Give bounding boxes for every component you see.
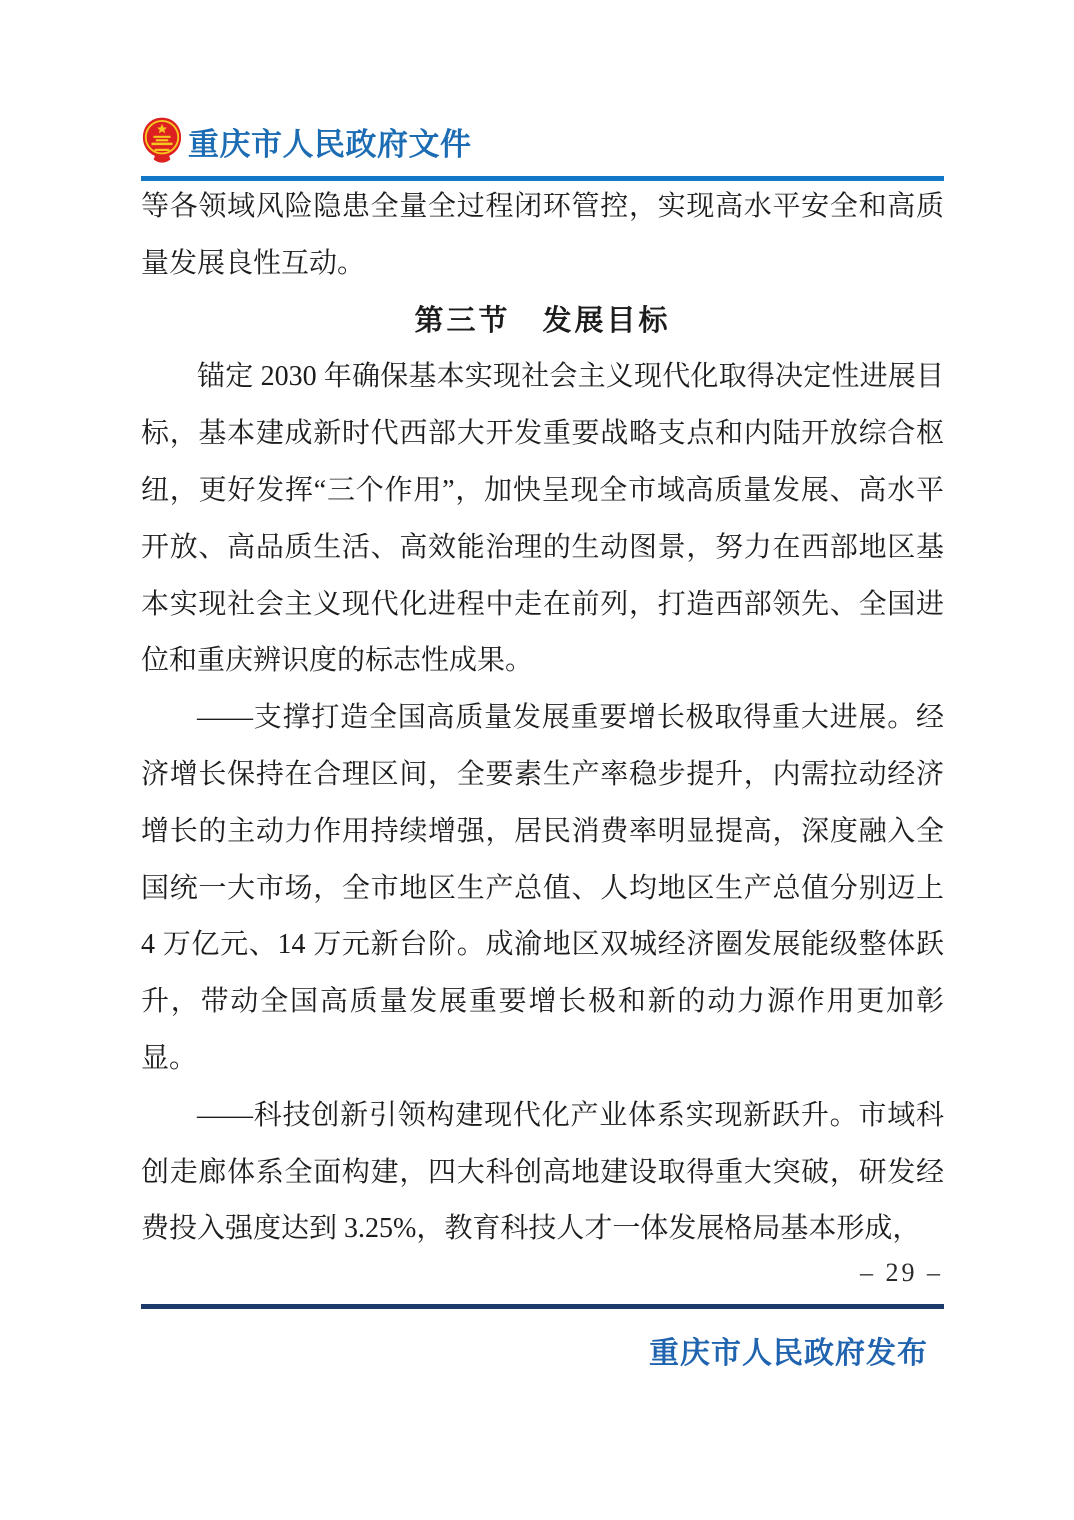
document-header: 重庆市人民政府文件 xyxy=(141,114,944,168)
paragraph-development-goals: 锚定 2030 年确保基本实现社会主义现代化取得决定性进展目标，基本建成新时代西… xyxy=(141,349,944,690)
footer-rule xyxy=(141,1304,944,1309)
publisher-label: 重庆市人民政府发布 xyxy=(649,1328,928,1372)
national-emblem-icon xyxy=(141,116,183,167)
paragraph-growth-pole: ——支撑打造全国高质量发展重要增长极取得重大进展。经济增长保持在合理区间，全要素… xyxy=(141,690,944,1088)
paragraph-sci-tech-innovation: ——科技创新引领构建现代化产业体系实现新跃升。市域科创走廊体系全面构建，四大科创… xyxy=(141,1088,944,1258)
document-body: 等各领域风险隐患全量全过程闭环管控，实现高水平安全和高质量发展良性互动。 第三节… xyxy=(141,179,944,1258)
paragraph-continuation: 等各领域风险隐患全量全过程闭环管控，实现高水平安全和高质量发展良性互动。 xyxy=(141,179,944,293)
document-page: 重庆市人民政府文件 等各领域风险隐患全量全过程闭环管控，实现高水平安全和高质量发… xyxy=(0,0,1074,1520)
document-header-title: 重庆市人民政府文件 xyxy=(188,119,472,164)
section-heading: 第三节 发展目标 xyxy=(141,293,944,350)
page-number: – 29 – xyxy=(860,1258,943,1288)
